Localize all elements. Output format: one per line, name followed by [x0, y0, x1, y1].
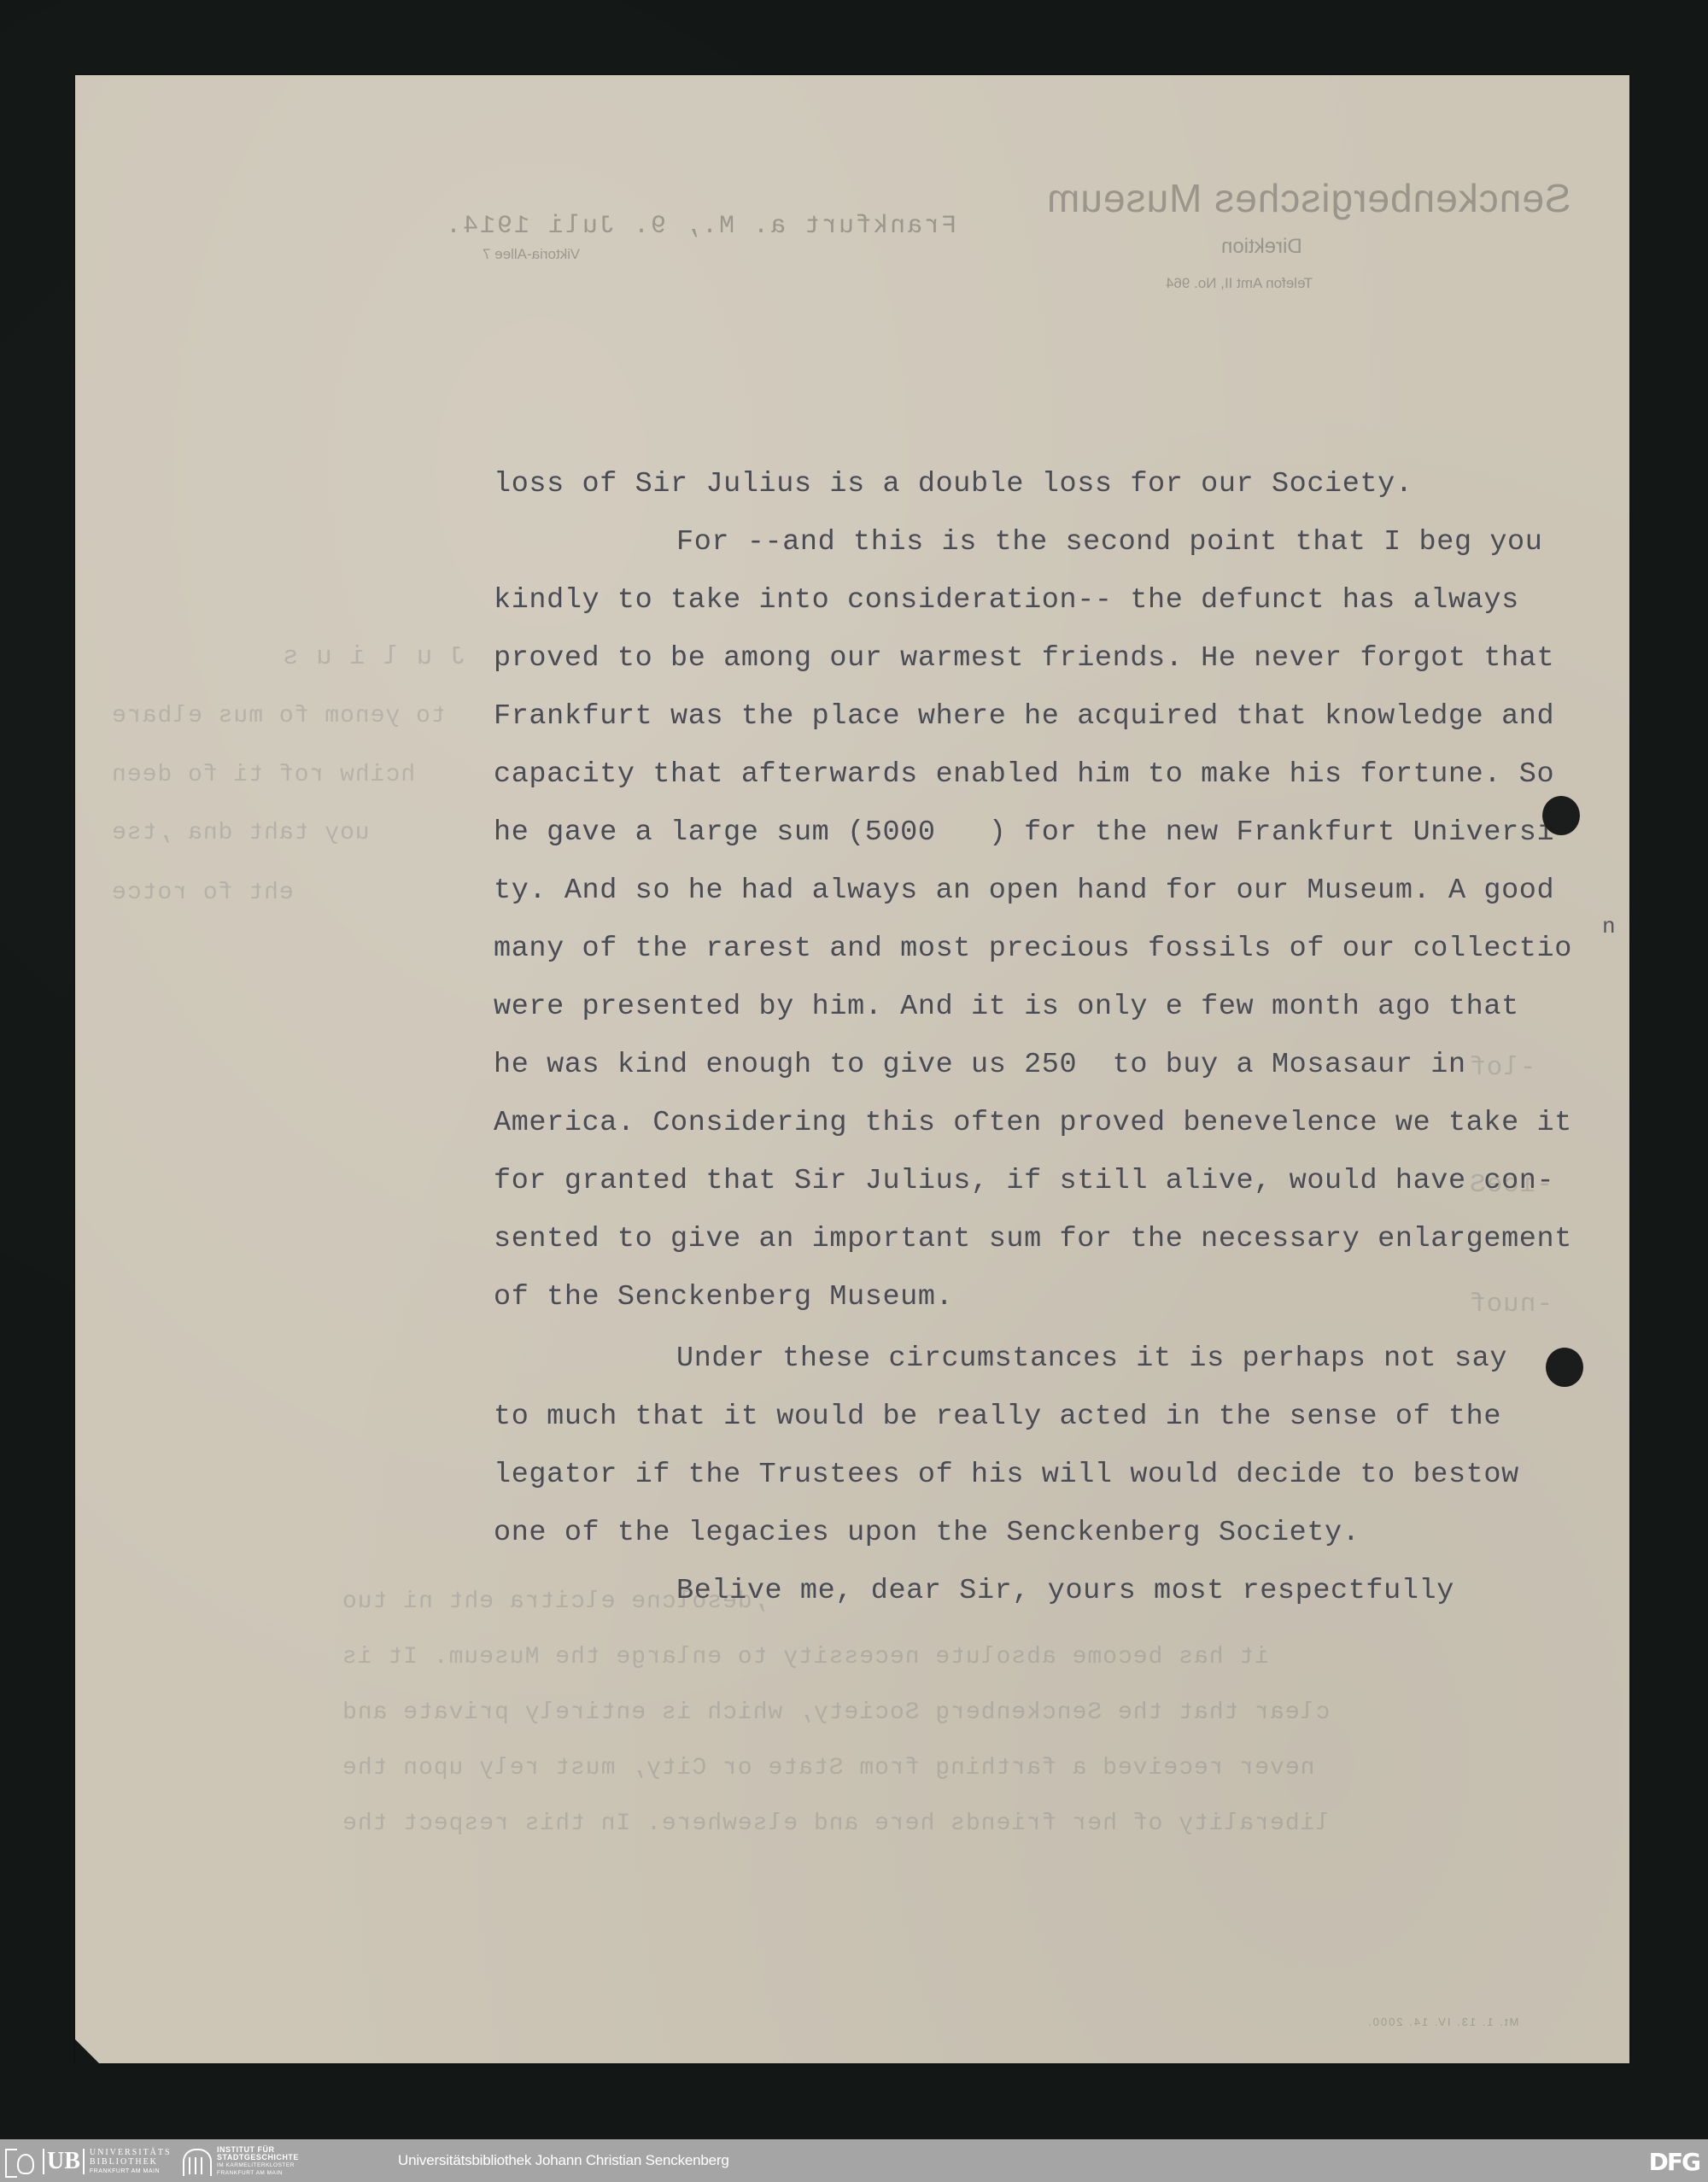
bleed-through-line: it has become absolute necessity to enla… — [342, 1644, 1269, 1670]
letterhead-street: Viktoria-Allee 7 — [483, 246, 580, 263]
punch-hole — [1546, 1348, 1583, 1387]
letterhead-place-date: Frankfurt a. M., 9. Juli 1914. — [444, 212, 956, 241]
bleed-through-line: -lof — [1469, 1053, 1535, 1083]
ub-line-2: BIBLIOTHEK — [90, 2157, 172, 2167]
isg-line-3: IM KARMELITERKLOSTER — [217, 2162, 299, 2169]
dfg-logo[interactable]: DFG — [1649, 2148, 1699, 2176]
ub-line-3: FRANKFURT AM MAIN — [90, 2167, 172, 2176]
ub-text: UNIVERSITÄTS BIBLIOTHEK FRANKFURT AM MAI… — [90, 2148, 172, 2176]
letter-line: Frankfurt was the place where he acquire… — [494, 700, 1554, 733]
bleed-through-line: J u l i u s — [282, 642, 466, 672]
bleed-through-line: eht fo rotce — [111, 880, 294, 906]
letter-line: kindly to take into consideration-- the … — [494, 584, 1519, 617]
letter-line: he gave a large sum (5000 ) for the new … — [494, 816, 1572, 849]
letter-line: loss of Sir Julius is a double loss for … — [494, 468, 1413, 500]
letter-line: Under these circumstances it is perhaps … — [676, 1343, 1507, 1375]
isg-logo[interactable]: INSTITUT FÜR STADTGESCHICHTE IM KARMELIT… — [181, 2146, 299, 2177]
ub-letters: UB — [43, 2149, 85, 2174]
letter-line: one of the legacies upon the Senckenberg… — [494, 1517, 1360, 1549]
ub-line-1: UNIVERSITÄTS — [90, 2148, 172, 2157]
letter-line: were presented by him. And it is only e … — [494, 991, 1519, 1023]
letter-line: many of the rarest and most precious fos… — [494, 933, 1572, 965]
printer-mark: Mt. 1. 13. IV. 14. 2000. — [1366, 2015, 1518, 2028]
bleed-through-line: liberality of her friends here and elsew… — [342, 1811, 1330, 1837]
letterhead-department: Direktion — [1221, 235, 1302, 259]
letter-line: of the Senckenberg Museum. — [494, 1281, 953, 1313]
bleed-through-line: uoy taht dna ,tse — [111, 820, 370, 846]
letter-line: to much that it would be really acted in… — [494, 1401, 1501, 1433]
isg-line-2: STADTGESCHICHTE — [217, 2154, 299, 2162]
letter-line: capacity that afterwards enabled him to … — [494, 758, 1554, 791]
bleed-through-line: never received a farthing from State or … — [342, 1755, 1314, 1781]
bleed-through-line: to yenom fo mus elbare — [111, 703, 446, 729]
ub-goethe-icon — [3, 2147, 43, 2176]
letter-line: Belive me, dear Sir, yours most respectf… — [676, 1575, 1454, 1607]
letter-line: for granted that Sir Julius, if still al… — [494, 1165, 1554, 1197]
letterhead-institution: Senckenbergisches Museum — [1046, 175, 1571, 221]
letter-line: he was kind enough to give us 250 to buy… — [494, 1049, 1466, 1081]
footer-bar: UB UNIVERSITÄTS BIBLIOTHEK FRANKFURT AM … — [0, 2139, 1708, 2182]
arch-icon — [181, 2147, 213, 2176]
bleed-through-line: clear that the Senckenberg Society, whic… — [342, 1699, 1330, 1726]
bleed-through-line: hcihw rof ti fo deen — [111, 762, 415, 788]
isg-text: INSTITUT FÜR STADTGESCHICHTE IM KARMELIT… — [217, 2146, 299, 2177]
letter-line: America. Considering this often proved b… — [494, 1107, 1572, 1139]
letter-line: sented to give an important sum for the … — [494, 1223, 1572, 1255]
isg-line-4: FRANKFURT AM MAIN — [217, 2169, 299, 2177]
letterhead-phone: Telefon Amt II, No. 964 — [1166, 275, 1313, 292]
letter-line: proved to be among our warmest friends. … — [494, 642, 1554, 675]
margin-correction: n — [1602, 914, 1616, 939]
bleed-through-line: -nuof — [1469, 1290, 1553, 1319]
letter-line: For --and this is the second point that … — [676, 526, 1542, 559]
letter-line: ty. And so he had always an open hand fo… — [494, 875, 1554, 907]
letter-line: legator if the Trustees of his will woul… — [494, 1459, 1519, 1491]
ub-logo[interactable]: UB UNIVERSITÄTS BIBLIOTHEK FRANKFURT AM … — [3, 2146, 172, 2177]
footer-library-title[interactable]: Universitätsbibliothek Johann Christian … — [398, 2152, 729, 2169]
punch-hole — [1542, 796, 1580, 835]
